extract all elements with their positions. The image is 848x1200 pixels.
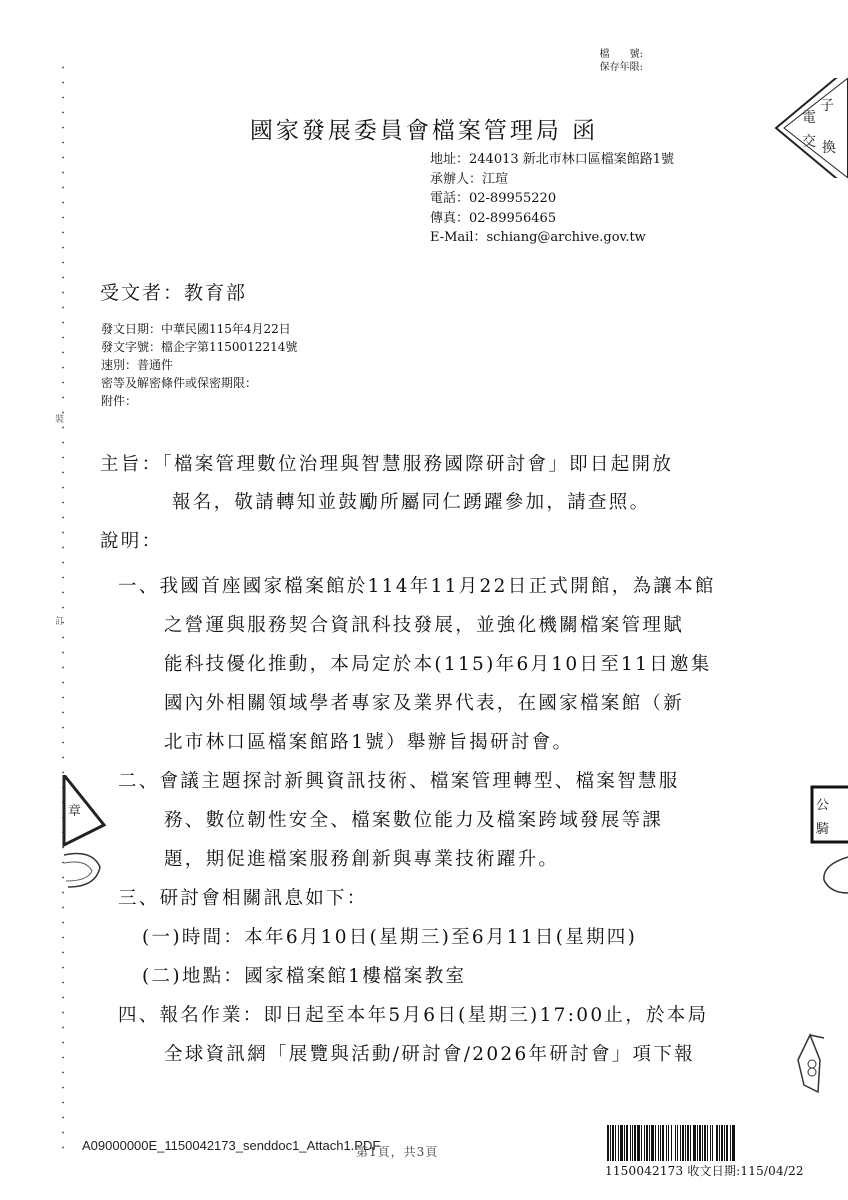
fax: 傳真：02-89956465	[430, 209, 674, 229]
speed: 速別：普通件	[101, 356, 297, 374]
item-line: 二、會議主題探討新興資訊技術、檔案管理轉型、檔案智慧服	[118, 762, 758, 801]
binding-dotted-line	[62, 60, 64, 1150]
handler: 承辦人：江瑄	[430, 170, 674, 190]
item-line: 北市林口區檔案館路1號）舉辦旨揭研討會。	[118, 723, 758, 762]
email: E-Mail：schiang@archive.gov.tw	[430, 228, 674, 248]
item-line: 之營運與服務契合資訊科技發展，並強化機關檔案管理賦	[118, 606, 758, 645]
item-line: 全球資訊網「展覽與活動/研討會/2026年研討會」項下報	[118, 1035, 758, 1074]
archive-info: 檔 號: 保存年限:	[600, 48, 643, 74]
seal-fragment-icon	[790, 1030, 830, 1100]
recipient: 受文者：教育部	[100, 278, 247, 305]
footer-page-number: 第1頁，共3頁	[356, 1143, 438, 1160]
barcode-text: 1150042173 收文日期:115/04/22	[605, 1162, 804, 1179]
document-title: 國家發展委員會檔案管理局 函	[0, 112, 848, 145]
contact-block: 地址：244013 新北市林口區檔案館路1號 承辦人：江瑄 電話：02-8995…	[430, 150, 674, 248]
item-line: 四、報名作業：即日起至本年5月6日(星期三)17:00止，於本局	[118, 996, 758, 1035]
margin-mark-staple: 訂	[55, 614, 64, 627]
margin-mark-bind: 裝	[55, 412, 64, 425]
document-meta: 發文日期：中華民國115年4月22日 發文字號：檔企字第1150012214號 …	[101, 320, 297, 410]
seal-stamp-right-icon: 公 騎	[810, 785, 848, 895]
explanation-items: 一、我國首座國家檔案館於114年11月22日正式開館，為讓本館 之營運與服務契合…	[118, 567, 758, 1074]
classification: 密等及解密條件或保密期限：	[101, 374, 297, 392]
explanation-item-2: 二、會議主題探討新興資訊技術、檔案管理轉型、檔案智慧服 務、數位韌性安全、檔案數…	[118, 762, 758, 879]
issue-date: 發文日期：中華民國115年4月22日	[101, 320, 297, 338]
item-line: 國內外相關領域學者專家及業界代表，在國家檔案館（新	[118, 684, 758, 723]
retention-label: 保存年限:	[600, 61, 643, 74]
explanation-label: 說明：	[100, 527, 162, 553]
subject: 主旨：「檔案管理數位治理與智慧服務國際研討會」即日起開放 報名，敬請轉知並鼓勵所…	[100, 446, 760, 522]
doc-number: 發文字號：檔企字第1150012214號	[101, 338, 297, 356]
barcode	[607, 1125, 825, 1161]
attachments: 附件：	[101, 392, 297, 410]
explanation-item-3: 三、研討會相關訊息如下： (一)時間：本年6月10日(星期三)至6月11日(星期…	[118, 879, 758, 996]
footer-filename: A09000000E_1150042173_senddoc1_Attach1.P…	[82, 1138, 380, 1153]
file-number-label: 檔 號:	[600, 48, 643, 61]
address: 地址：244013 新北市林口區檔案館路1號	[430, 150, 674, 170]
item-line: 能科技優化推動，本局定於本(115)年6月10日至11日邀集	[118, 645, 758, 684]
phone: 電話：02-89955220	[430, 189, 674, 209]
svg-text:章: 章	[68, 803, 81, 819]
sub-item-time: (一)時間：本年6月10日(星期三)至6月11日(星期四)	[118, 918, 758, 957]
item-line: 一、我國首座國家檔案館於114年11月22日正式開館，為讓本館	[118, 567, 758, 606]
subject-line-1: 主旨：「檔案管理數位治理與智慧服務國際研討會」即日起開放	[100, 446, 760, 484]
subject-line-2: 報名，敬請轉知並鼓勵所屬同仁踴躍參加，請查照。	[100, 484, 760, 522]
explanation-item-4: 四、報名作業：即日起至本年5月6日(星期三)17:00止，於本局 全球資訊網「展…	[118, 996, 758, 1074]
item-line: 三、研討會相關訊息如下：	[118, 879, 758, 918]
explanation-item-1: 一、我國首座國家檔案館於114年11月22日正式開館，為讓本館 之營運與服務契合…	[118, 567, 758, 762]
item-line: 務、數位韌性安全、檔案數位能力及檔案跨域發展等課	[118, 801, 758, 840]
seal-stamp-left-icon: 章	[62, 775, 112, 890]
item-line: 題，期促進檔案服務創新與專業技術躍升。	[118, 840, 758, 879]
sub-item-location: (二)地點：國家檔案館1樓檔案教室	[118, 957, 758, 996]
svg-text:公: 公	[816, 798, 829, 813]
svg-text:騎: 騎	[815, 821, 829, 837]
